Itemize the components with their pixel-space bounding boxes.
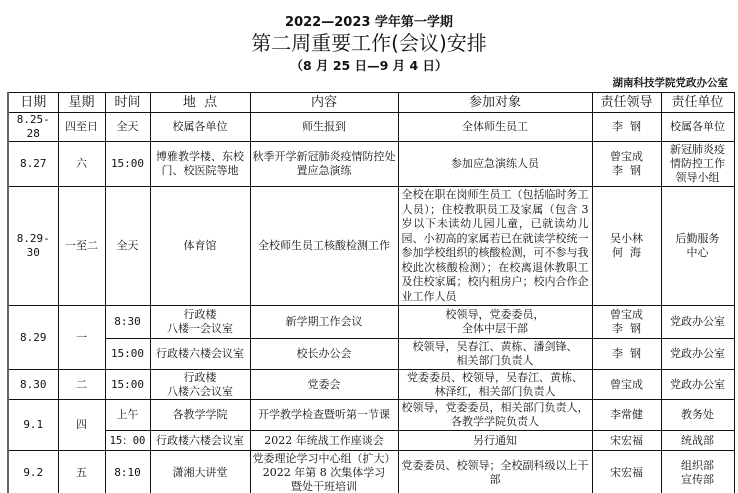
participants-cell: 党委委员、校领导；全校副科级以上干部 [398, 451, 592, 493]
time-cell: 15:00 [105, 370, 150, 400]
weekday-cell: 一 [58, 306, 105, 370]
time-cell: 15：00 [105, 431, 150, 451]
content-cell: 2022 年统战工作座谈会 [250, 431, 398, 451]
place-cell: 行政楼 八楼一会议室 [150, 306, 250, 339]
date-cell: 8.25-28 [8, 113, 58, 142]
col-header-place: 地 点 [150, 93, 250, 113]
place-cell: 体育馆 [150, 187, 250, 306]
leader-cell: 吴小林 何 海 [592, 187, 661, 306]
table-row: 8.25-28 四至日 全天 校属各单位 师生报到 全体师生员工 李 钢 校属各… [8, 113, 734, 142]
date-cell: 9.2 [8, 451, 58, 493]
col-header-date: 日期 [8, 93, 58, 113]
place-cell: 行政楼 八楼六会议室 [150, 370, 250, 400]
col-header-unit: 责任单位 [661, 93, 734, 113]
content-cell: 党委会 [250, 370, 398, 400]
weekday-cell: 五 [58, 451, 105, 493]
time-cell: 15:00 [105, 142, 150, 187]
participants-cell: 党委委员、校领导，吴春江、黄栋、 林泽红，相关部门负责人 [398, 370, 592, 400]
table-row: 9.2 五 8:10 潇湘大讲堂 党委理论学习中心组（扩大） 2022 年第 8… [8, 451, 734, 493]
date-range: （8 月 25 日—9 月 4 日） [0, 56, 738, 74]
content-cell: 开学教学检查暨听第一节课 [250, 400, 398, 431]
table-row: 9.1 四 上午 各教学学院 开学教学检查暨听第一节课 校领导，党委委员，相关部… [8, 400, 734, 431]
unit-cell: 后勤服务中心 [661, 187, 734, 306]
weekday-cell: 六 [58, 142, 105, 187]
unit-cell: 党政办公室 [661, 306, 734, 339]
content-cell: 秋季开学新冠肺炎疫情防控处置应急演练 [250, 142, 398, 187]
leader-cell: 李常健 [592, 400, 661, 431]
table-row: 8.29 一 8:30 行政楼 八楼一会议室 新学期工作会议 校领导，党委委员，… [8, 306, 734, 339]
place-cell: 行政楼六楼会议室 [150, 431, 250, 451]
time-cell: 8:30 [105, 306, 150, 339]
leader-cell: 曾宝成 [592, 370, 661, 400]
content-cell: 党委理论学习中心组（扩大） 2022 年第 8 次集体学习 暨处干班培训 [250, 451, 398, 493]
date-cell: 8.27 [8, 142, 58, 187]
time-cell: 15:00 [105, 339, 150, 370]
participants-cell: 校领导，党委委员， 全体中层干部 [398, 306, 592, 339]
leader-cell: 曾宝成 李 钢 [592, 306, 661, 339]
leader-cell: 李 钢 [592, 113, 661, 142]
unit-cell: 统战部 [661, 431, 734, 451]
table-row: 15:00 行政楼六楼会议室 校长办公会 校领导，吴春江、黄栋、潘剑锋、 相关部… [8, 339, 734, 370]
weekday-cell: 四至日 [58, 113, 105, 142]
date-cell: 8.30 [8, 370, 58, 400]
place-cell: 潇湘大讲堂 [150, 451, 250, 493]
leader-cell: 李 钢 [592, 339, 661, 370]
page-title: 第二周重要工作(会议)安排 [0, 27, 738, 56]
date-cell: 8.29-30 [8, 187, 58, 306]
participants-cell: 另行通知 [398, 431, 592, 451]
unit-cell: 新冠肺炎疫情防控工作领导小组 [661, 142, 734, 187]
col-header-participants: 参加对象 [398, 93, 592, 113]
place-cell: 校属各单位 [150, 113, 250, 142]
time-cell: 全天 [105, 113, 150, 142]
place-cell: 行政楼六楼会议室 [150, 339, 250, 370]
leader-cell: 宋宏福 [592, 431, 661, 451]
unit-cell: 组织部 宣传部 [661, 451, 734, 493]
time-cell: 全天 [105, 187, 150, 306]
col-header-leader: 责任领导 [592, 93, 661, 113]
issuing-office: 湖南科技学院党政办公室 [613, 75, 729, 90]
col-header-weekday: 星期 [58, 93, 105, 113]
participants-cell: 校领导，吴春江、黄栋、潘剑锋、 相关部门负责人 [398, 339, 592, 370]
col-header-content: 内容 [250, 93, 398, 113]
participants-cell: 全校在职在岗师生员工（包括临时务工人员）；住校教职员工及家属（包含 3 岁以下未… [398, 187, 592, 306]
unit-cell: 党政办公室 [661, 370, 734, 400]
table-row: 8.27 六 15:00 博雅教学楼、东校门、校医院等地 秋季开学新冠肺炎疫情防… [8, 142, 734, 187]
table-row: 8.29-30 一至二 全天 体育馆 全校师生员工核酸检测工作 全校在职在岗师生… [8, 187, 734, 306]
weekday-cell: 四 [58, 400, 105, 451]
date-cell: 9.1 [8, 400, 58, 451]
content-cell: 全校师生员工核酸检测工作 [250, 187, 398, 306]
place-cell: 博雅教学楼、东校门、校医院等地 [150, 142, 250, 187]
time-cell: 上午 [105, 400, 150, 431]
header-row: 日期 星期 时间 地 点 内容 参加对象 责任领导 责任单位 [8, 93, 734, 113]
table-row: 8.30 二 15:00 行政楼 八楼六会议室 党委会 党委委员、校领导，吴春江… [8, 370, 734, 400]
time-cell: 8:10 [105, 451, 150, 493]
content-cell: 校长办公会 [250, 339, 398, 370]
content-cell: 师生报到 [250, 113, 398, 142]
participants-cell: 校领导，党委委员，相关部门负责人， 各教学学院负责人 [398, 400, 592, 431]
unit-cell: 党政办公室 [661, 339, 734, 370]
place-cell: 各教学学院 [150, 400, 250, 431]
weekday-cell: 一至二 [58, 187, 105, 306]
unit-cell: 校属各单位 [661, 113, 734, 142]
participants-cell: 参加应急演练人员 [398, 142, 592, 187]
weekday-cell: 二 [58, 370, 105, 400]
participants-cell: 全体师生员工 [398, 113, 592, 142]
schedule-table: 日期 星期 时间 地 点 内容 参加对象 责任领导 责任单位 8.25-28 四… [7, 92, 735, 493]
content-cell: 新学期工作会议 [250, 306, 398, 339]
leader-cell: 曾宝成 李 钢 [592, 142, 661, 187]
table-row: 15：00 行政楼六楼会议室 2022 年统战工作座谈会 另行通知 宋宏福 统战… [8, 431, 734, 451]
unit-cell: 教务处 [661, 400, 734, 431]
leader-cell: 宋宏福 [592, 451, 661, 493]
col-header-time: 时间 [105, 93, 150, 113]
date-cell: 8.29 [8, 306, 58, 370]
